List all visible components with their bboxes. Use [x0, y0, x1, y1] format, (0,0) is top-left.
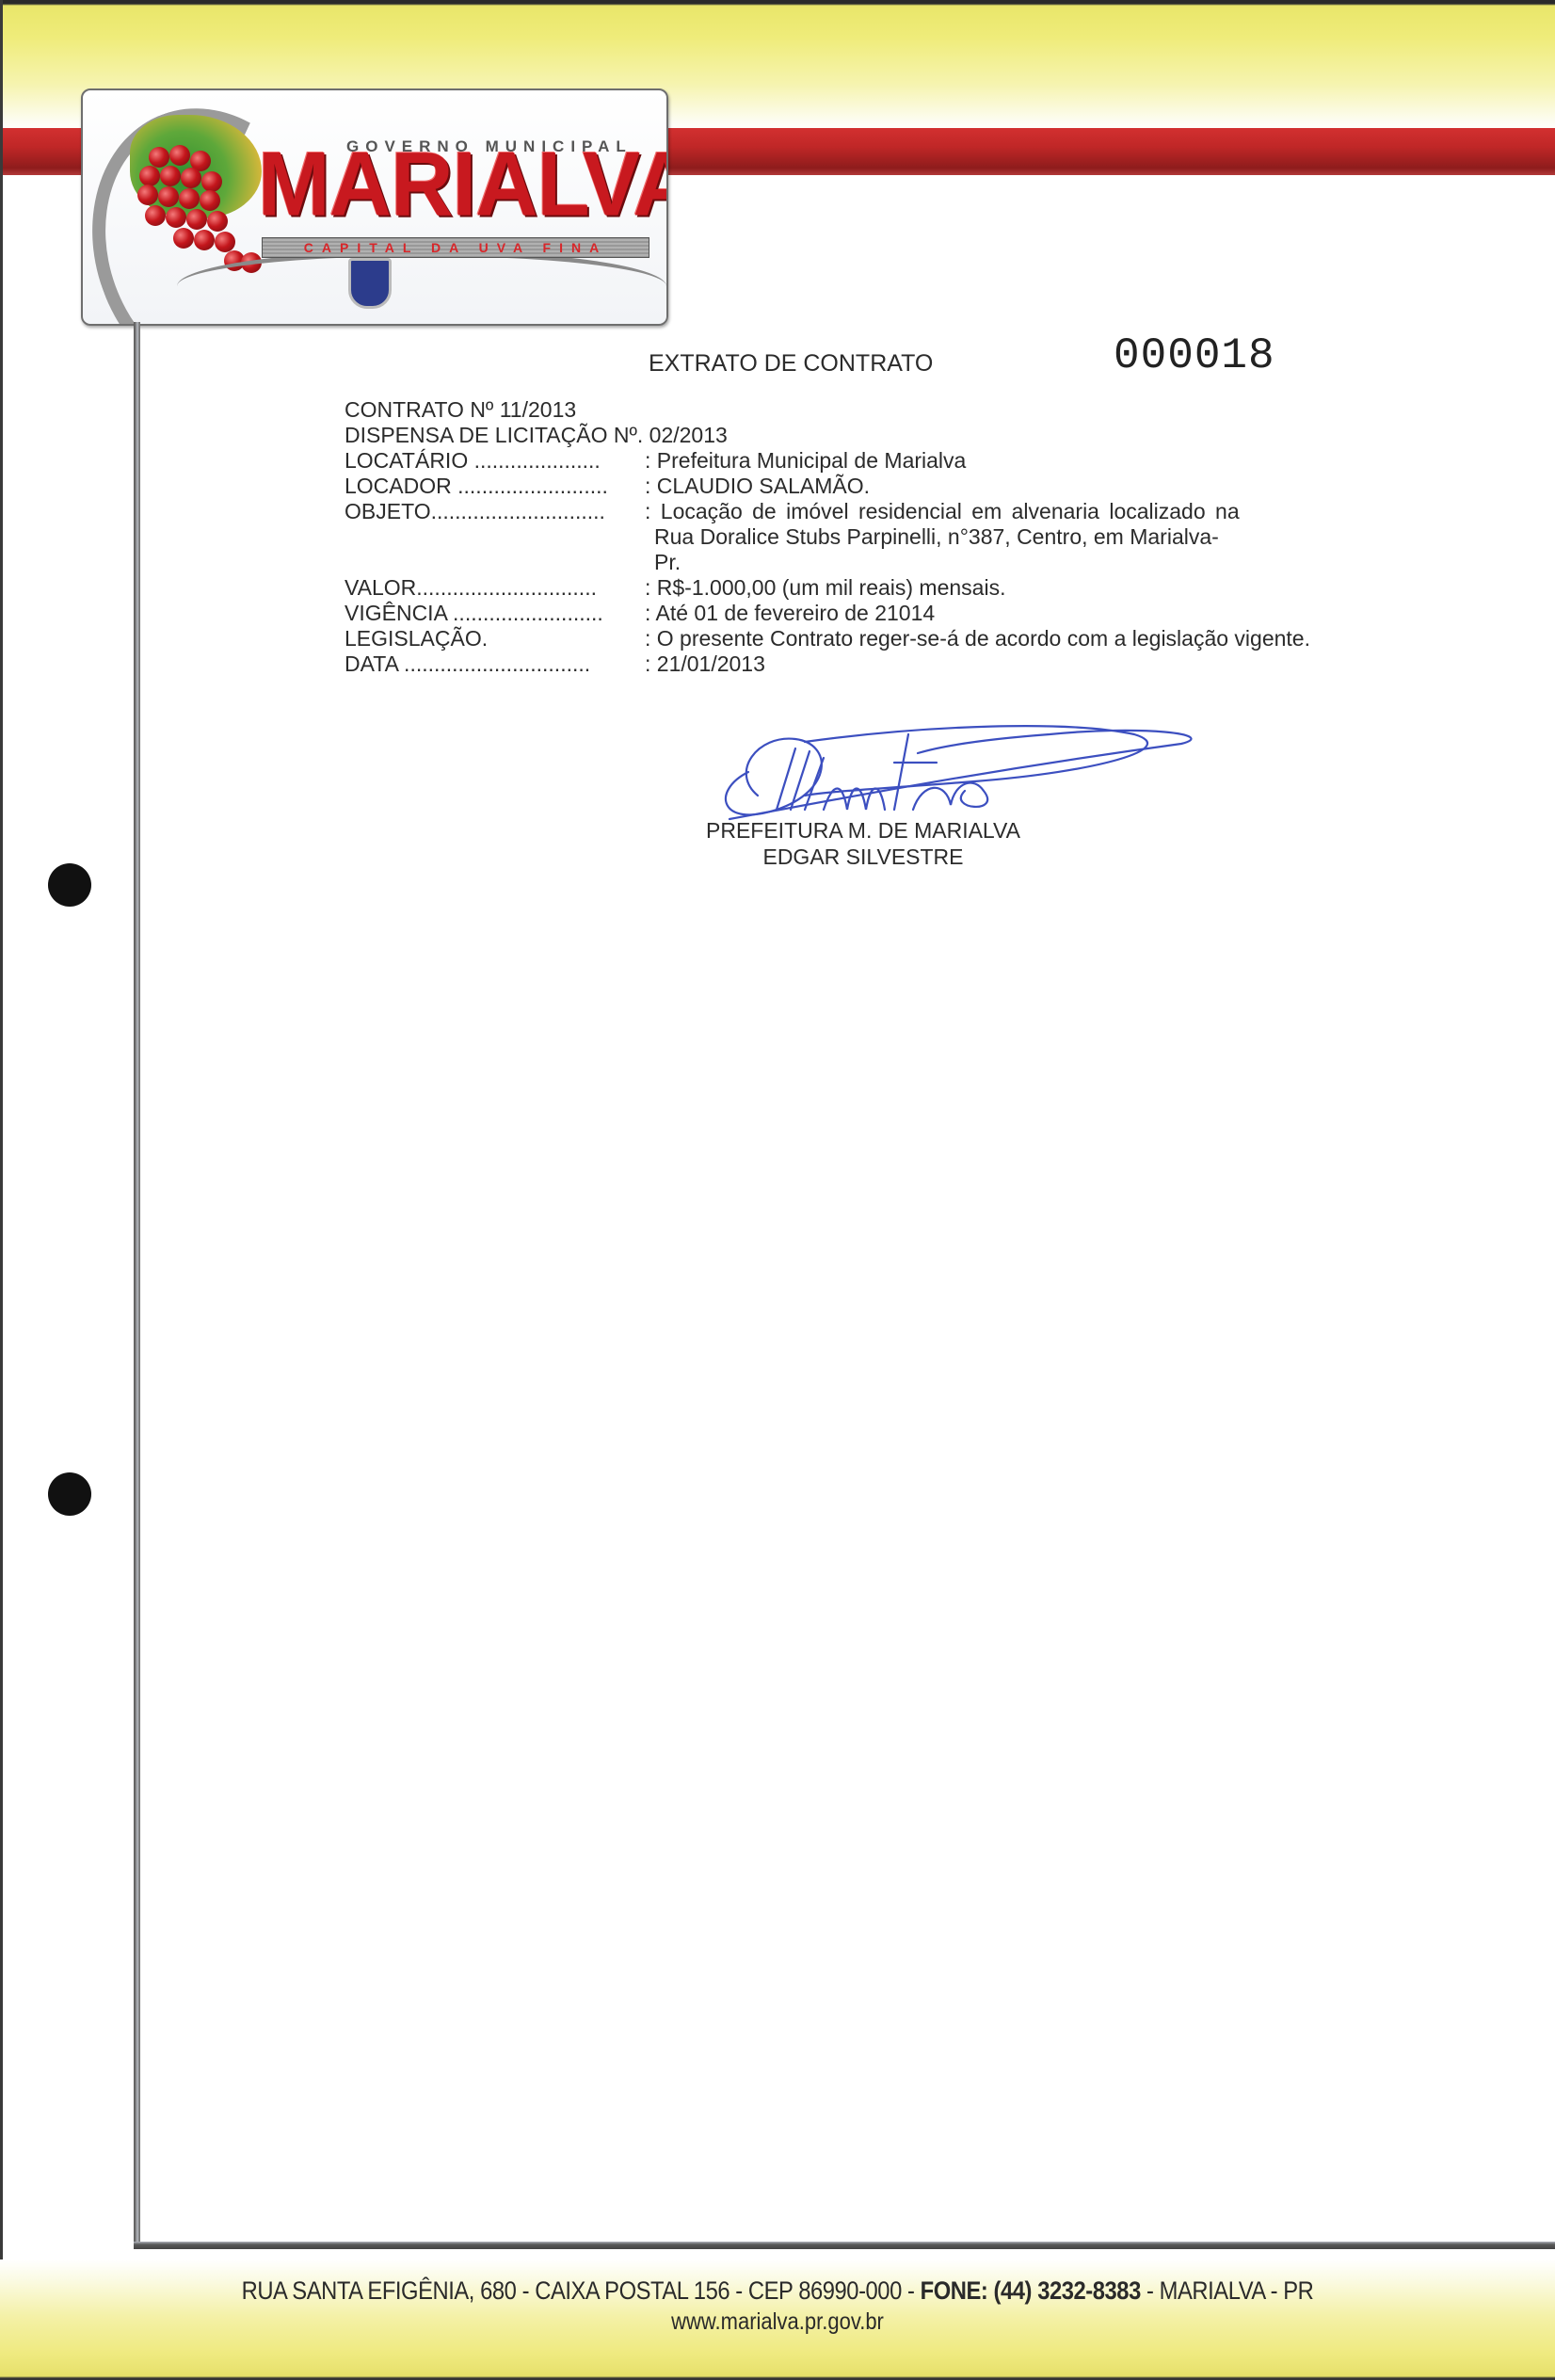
- frame-left-line: [134, 322, 140, 2248]
- field-label: VIGÊNCIA .........................: [345, 601, 645, 626]
- field-label: VALOR..............................: [345, 575, 645, 601]
- objeto-line-3: Pr.: [645, 550, 681, 574]
- field-label: LEGISLAÇÃO.: [345, 626, 645, 651]
- field-value: : Prefeitura Municipal de Marialva: [645, 448, 1435, 474]
- signatory-organization: PREFEITURA M. DE MARIALVA: [684, 817, 1042, 844]
- signature-block: PREFEITURA M. DE MARIALVA EDGAR SILVESTR…: [684, 817, 1042, 870]
- phone-number: FONE: (44) 3232-8383: [921, 2276, 1141, 2305]
- city-state: - MARIALVA - PR: [1141, 2276, 1314, 2305]
- scan-edge: [0, 0, 3, 2380]
- field-value: : CLAUDIO SALAMÃO.: [645, 474, 1435, 499]
- field-locatario: LOCATÁRIO ..................... : Prefei…: [345, 448, 1492, 474]
- logo-top-text: GOVERNO MUNICIPAL: [346, 137, 633, 156]
- address-text: RUA SANTA EFIGÊNIA, 680 - CAIXA POSTAL 1…: [242, 2276, 921, 2305]
- footer-website: www.marialva.pr.gov.br: [93, 2308, 1462, 2336]
- field-vigencia: VIGÊNCIA ......................... : Até…: [345, 601, 1492, 626]
- signatory-name: EDGAR SILVESTRE: [684, 844, 1042, 870]
- objeto-line-2: Rua Doralice Stubs Parpinelli, n°387, Ce…: [645, 524, 1219, 549]
- field-label: DATA ...............................: [345, 651, 645, 677]
- frame-bottom-line: [134, 2242, 1555, 2249]
- logo-swoosh: [177, 250, 666, 322]
- field-value: : 21/01/2013: [645, 651, 1435, 677]
- field-value: : Até 01 de fevereiro de 21014: [645, 601, 1435, 626]
- field-label: LOCADOR .........................: [345, 474, 645, 499]
- dispensa-number: DISPENSA DE LICITAÇÃO Nº. 02/2013: [345, 423, 1492, 448]
- contract-extract-body: CONTRATO Nº 11/2013 DISPENSA DE LICITAÇÃ…: [345, 397, 1492, 677]
- field-value: : Locação de imóvel residencial em alven…: [645, 499, 1435, 575]
- field-legislacao: LEGISLAÇÃO. : O presente Contrato reger-…: [345, 626, 1492, 651]
- objeto-line-1: : Locação de imóvel residencial em alven…: [645, 499, 1240, 523]
- field-label: OBJETO.............................: [345, 499, 645, 575]
- field-locador: LOCADOR ......................... : CLAU…: [345, 474, 1492, 499]
- logo-tagline: CAPITAL DA UVA FINA: [262, 237, 649, 258]
- document-number-stamp: 000018: [1114, 331, 1275, 380]
- field-label: LOCATÁRIO .....................: [345, 448, 645, 474]
- coat-of-arms-icon: [348, 258, 392, 309]
- contract-number: CONTRATO Nº 11/2013: [345, 397, 1492, 423]
- document-title: EXTRATO DE CONTRATO: [649, 350, 933, 378]
- field-value: : O presente Contrato reger-se-á de acor…: [645, 626, 1492, 651]
- footer-address: RUA SANTA EFIGÊNIA, 680 - CAIXA POSTAL 1…: [93, 2276, 1462, 2306]
- field-value: : R$-1.000,00 (um mil reais) mensais.: [645, 575, 1435, 601]
- field-valor: VALOR.............................. : R$…: [345, 575, 1492, 601]
- field-data: DATA ............................... : 2…: [345, 651, 1492, 677]
- municipal-logo: MARIALVA GOVERNO MUNICIPAL CAPITAL DA UV…: [81, 88, 668, 326]
- field-objeto: OBJETO............................. : Lo…: [345, 499, 1492, 575]
- punch-hole-icon: [48, 1472, 91, 1516]
- punch-hole-icon: [48, 863, 91, 907]
